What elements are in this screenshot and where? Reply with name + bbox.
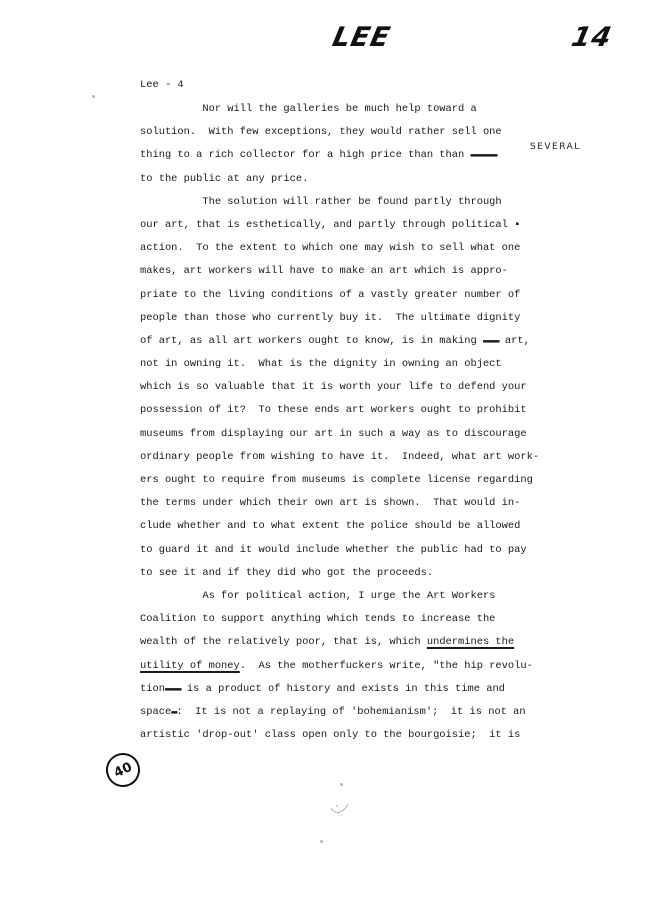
struck-out-text: ▬▬▬▬▬	[470, 149, 496, 161]
text-line: which is so valuable that it is worth yo…	[140, 376, 580, 399]
struck-out-text: ▬▬▬	[165, 683, 181, 695]
text-line: to the public at any price.	[140, 168, 580, 191]
text-line: utility of money. As the motherfuckers w…	[140, 655, 580, 678]
typed-body-text: Nor will the galleries be much help towa…	[140, 98, 580, 747]
text-line: As for political action, I urge the Art …	[140, 585, 580, 608]
text-line: Nor will the galleries be much help towa…	[140, 98, 580, 121]
handwritten-author-name: LEE	[330, 22, 394, 53]
text-line: artistic 'drop-out' class open only to t…	[140, 724, 580, 747]
struck-out-text: ▬▬▬	[483, 335, 499, 347]
handwritten-page-number: 14	[569, 22, 615, 53]
text-line: wealth of the relatively poor, that is, …	[140, 631, 580, 654]
text-line: solution. With few exceptions, they woul…	[140, 121, 580, 144]
speck-mark	[340, 783, 343, 786]
text-line: people than those who currently buy it. …	[140, 307, 580, 330]
text-line: clude whether and to what extent the pol…	[140, 515, 580, 538]
text-line: museums from displaying our art in such …	[140, 423, 580, 446]
text-line: priate to the living conditions of a vas…	[140, 284, 580, 307]
text-line: the terms under which their own art is s…	[140, 492, 580, 515]
text-line: our art, that is esthetically, and partl…	[140, 214, 580, 237]
document-page: LEE 14 Lee - 4 SEVERAL Nor will the gall…	[0, 0, 650, 900]
text-line: to guard it and it would include whether…	[140, 539, 580, 562]
text-line: Coalition to support anything which tend…	[140, 608, 580, 631]
text-line: action. To the extent to which one may w…	[140, 237, 580, 260]
text-line: possession of it? To these ends art work…	[140, 399, 580, 422]
underlined-text: undermines the	[427, 636, 514, 648]
underlined-text: utility of money	[140, 660, 240, 672]
circled-number-annotation: 40	[100, 747, 145, 792]
text-line: The solution will rather be found partly…	[140, 191, 580, 214]
text-line: thing to a rich collector for a high pri…	[140, 144, 580, 167]
text-line: to see it and if they did who got the pr…	[140, 562, 580, 585]
typed-page-label: Lee - 4	[140, 74, 580, 97]
text-line: ordinary people from wishing to have it.…	[140, 446, 580, 469]
text-line: tion▬▬▬ is a product of history and exis…	[140, 678, 580, 701]
text-line: ers ought to require from museums is com…	[140, 469, 580, 492]
ink-smudge-mark	[328, 800, 350, 820]
text-line: space▬: It is not a replaying of 'bohemi…	[140, 701, 580, 724]
text-line: not in owning it. What is the dignity in…	[140, 353, 580, 376]
text-line: makes, art workers will have to make an …	[140, 260, 580, 283]
circled-number: 40	[112, 759, 135, 780]
text-line: of art, as all art workers ought to know…	[140, 330, 580, 353]
speck-mark	[320, 840, 323, 843]
speck-mark	[92, 95, 95, 98]
